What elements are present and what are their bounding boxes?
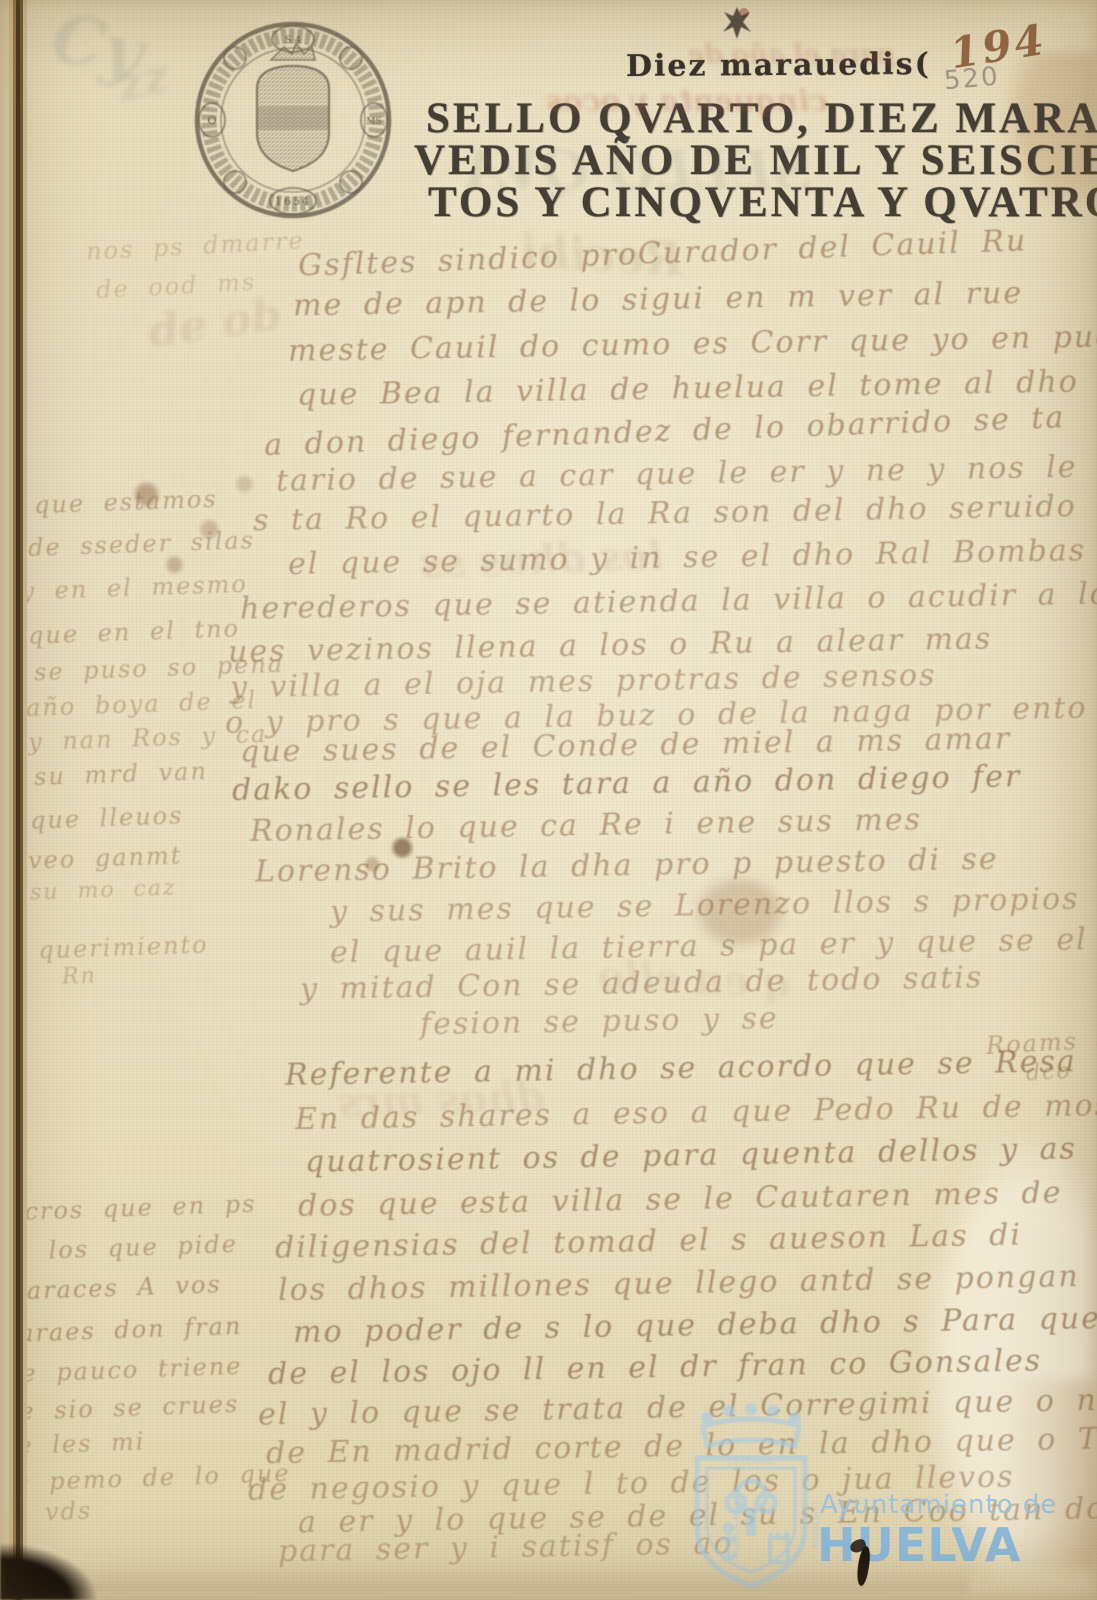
manuscript-line: su mo caz — [30, 875, 177, 905]
manuscript-line: Referente a mi dho se acordo que se Resa… — [285, 1042, 1097, 1093]
scanned-manuscript-page: { "page": { "folio_number_ink": "194", "… — [0, 0, 1097, 1600]
watermark-city-text: HUELVA — [817, 1518, 1021, 1572]
svg-text:PORTUS MARIS: PORTUS MARIS — [733, 1491, 743, 1559]
manuscript-line: y querimiento — [4, 930, 209, 965]
manuscript-line: meste Cauil do cumo es Corr que yo en pu… — [288, 318, 1097, 368]
manuscript-line: su mrd van — [34, 757, 209, 791]
book-binding-edge — [0, 0, 34, 1600]
manuscript-line: de pauco triene — [4, 1352, 243, 1388]
manuscript-line: herederos que se atienda la villa o acud… — [240, 576, 1097, 626]
manuscript-line: el que se sumo y in se el dho Ral Bombas — [288, 533, 1087, 582]
manuscript-line: fesion se puso y se — [420, 1001, 779, 1042]
binding-corner-shadow — [0, 1544, 96, 1600]
svg-text:S 4: S 4 — [285, 35, 301, 46]
folio-number-pencil: 520 — [943, 62, 1001, 97]
manuscript-line: la los que pide — [4, 1230, 239, 1266]
seal-year: 1654 — [275, 195, 311, 208]
manuscript-line: que lleuos — [30, 801, 184, 834]
seal-graphic: S 4 O MS 1654 — [197, 24, 389, 216]
bleedthrough-text: SELLO QVA — [462, 138, 811, 202]
manuscript-line: diligensias del tomad el s aueson Las di — [275, 1217, 1022, 1265]
manuscript-line: y sus mes que se Lorenzo llos s propios — [330, 881, 1080, 929]
official-seal-stamp: S 4 O MS 1654 — [191, 12, 395, 228]
bleedthrough-text: zz — [113, 51, 174, 113]
manuscript-line: ocros que en ps — [8, 1190, 257, 1227]
manuscript-line: año boya de el — [26, 686, 258, 722]
svg-text:ET TERRAE: ET TERRAE — [726, 1457, 776, 1467]
manuscript-line: nos ps dmarre — [85, 226, 305, 265]
manuscript-line: de sio se crues — [2, 1390, 240, 1426]
manuscript-line: dco — [1025, 1059, 1072, 1086]
manuscript-line: que en el tno — [28, 614, 241, 649]
manuscript-paper: 194 520 S 4 — [0, 0, 1097, 1600]
svg-text:O: O — [207, 114, 216, 127]
manuscript-line: me de apn de lo sigui en m ver al rue — [293, 276, 1024, 324]
huelva-crest-watermark: ET TERRAE PORTUS MARIS CUSTODIA — [681, 1400, 821, 1600]
bleedthrough-text: para el año de — [688, 40, 895, 70]
manuscript-line: Ay en el mesmo — [2, 570, 249, 607]
manuscript-line: veo ganmt — [28, 841, 183, 874]
bleedthrough-text: cinquenta y ocos — [546, 84, 828, 119]
manuscript-line: Ronales lo que ca Re i ene sus mes — [250, 802, 923, 849]
svg-text:MS: MS — [366, 117, 381, 127]
watermark-org-text: Ayuntamiento de — [820, 1490, 1057, 1520]
cross-pattee-icon — [720, 4, 754, 42]
manuscript-line: Paraes don fran — [2, 1312, 243, 1348]
manuscript-line: maraces A vos — [2, 1270, 223, 1306]
manuscript-line: Roams dw — [985, 1024, 1097, 1060]
manuscript-line: Rn — [62, 963, 98, 989]
manuscript-line: y nan Ros y ca — [28, 720, 268, 756]
